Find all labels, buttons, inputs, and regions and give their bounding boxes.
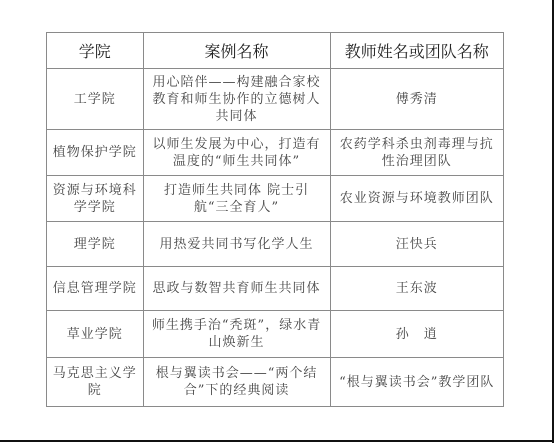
cell-teacher: 王东波: [330, 267, 503, 311]
cell-college: 植物保护学院: [47, 130, 144, 176]
case-table: 学院 案例名称 教师姓名或团队名称 工学院 用心陪伴——构建融合家校教育和师生协…: [46, 32, 504, 407]
header-college: 学院: [47, 33, 144, 69]
cell-case: 打造师生共同体 院士引航“三全育人”: [143, 176, 330, 222]
table-row: 理学院 用热爱共同书写化学人生 汪快兵: [47, 222, 504, 267]
table-row: 马克思主义学院 根与翼读书会——“两个结合”下的经典阅读 “根与翼读书会”教学团…: [47, 358, 504, 407]
cell-college: 工学院: [47, 69, 144, 130]
cell-college: 资源与环境科学学院: [47, 176, 144, 222]
table-row: 资源与环境科学学院 打造师生共同体 院士引航“三全育人” 农业资源与环境教师团队: [47, 176, 504, 222]
cell-college: 草业学院: [47, 311, 144, 358]
table-row: 草业学院 师生携手治“秃斑”，绿水青山焕新生 孙 逍: [47, 311, 504, 358]
header-teacher: 教师姓名或团队名称: [330, 33, 503, 69]
cell-college: 信息管理学院: [47, 267, 144, 311]
cell-case: 以师生发展为中心，打造有温度的“师生共同体”: [143, 130, 330, 176]
cell-teacher: 汪快兵: [330, 222, 503, 267]
cell-case: 用心陪伴——构建融合家校教育和师生协作的立德树人共同体: [143, 69, 330, 130]
table-header-row: 学院 案例名称 教师姓名或团队名称: [47, 33, 504, 69]
cell-teacher: 傅秀清: [330, 69, 503, 130]
cell-teacher: 孙 逍: [330, 311, 503, 358]
cell-teacher: 农业资源与环境教师团队: [330, 176, 503, 222]
cell-college: 理学院: [47, 222, 144, 267]
cell-college: 马克思主义学院: [47, 358, 144, 407]
cell-case: 根与翼读书会——“两个结合”下的经典阅读: [143, 358, 330, 407]
cell-teacher: 农药学科杀虫剂毒理与抗性治理团队: [330, 130, 503, 176]
table-row: 植物保护学院 以师生发展为中心，打造有温度的“师生共同体” 农药学科杀虫剂毒理与…: [47, 130, 504, 176]
cell-teacher: “根与翼读书会”教学团队: [330, 358, 503, 407]
cell-case: 用热爱共同书写化学人生: [143, 222, 330, 267]
page-edge-bottom: [0, 440, 554, 442]
table-row: 信息管理学院 思政与数智共育师生共同体 王东波: [47, 267, 504, 311]
cell-case: 思政与数智共育师生共同体: [143, 267, 330, 311]
header-case-name: 案例名称: [143, 33, 330, 69]
cell-case: 师生携手治“秃斑”，绿水青山焕新生: [143, 311, 330, 358]
table-row: 工学院 用心陪伴——构建融合家校教育和师生协作的立德树人共同体 傅秀清: [47, 69, 504, 130]
